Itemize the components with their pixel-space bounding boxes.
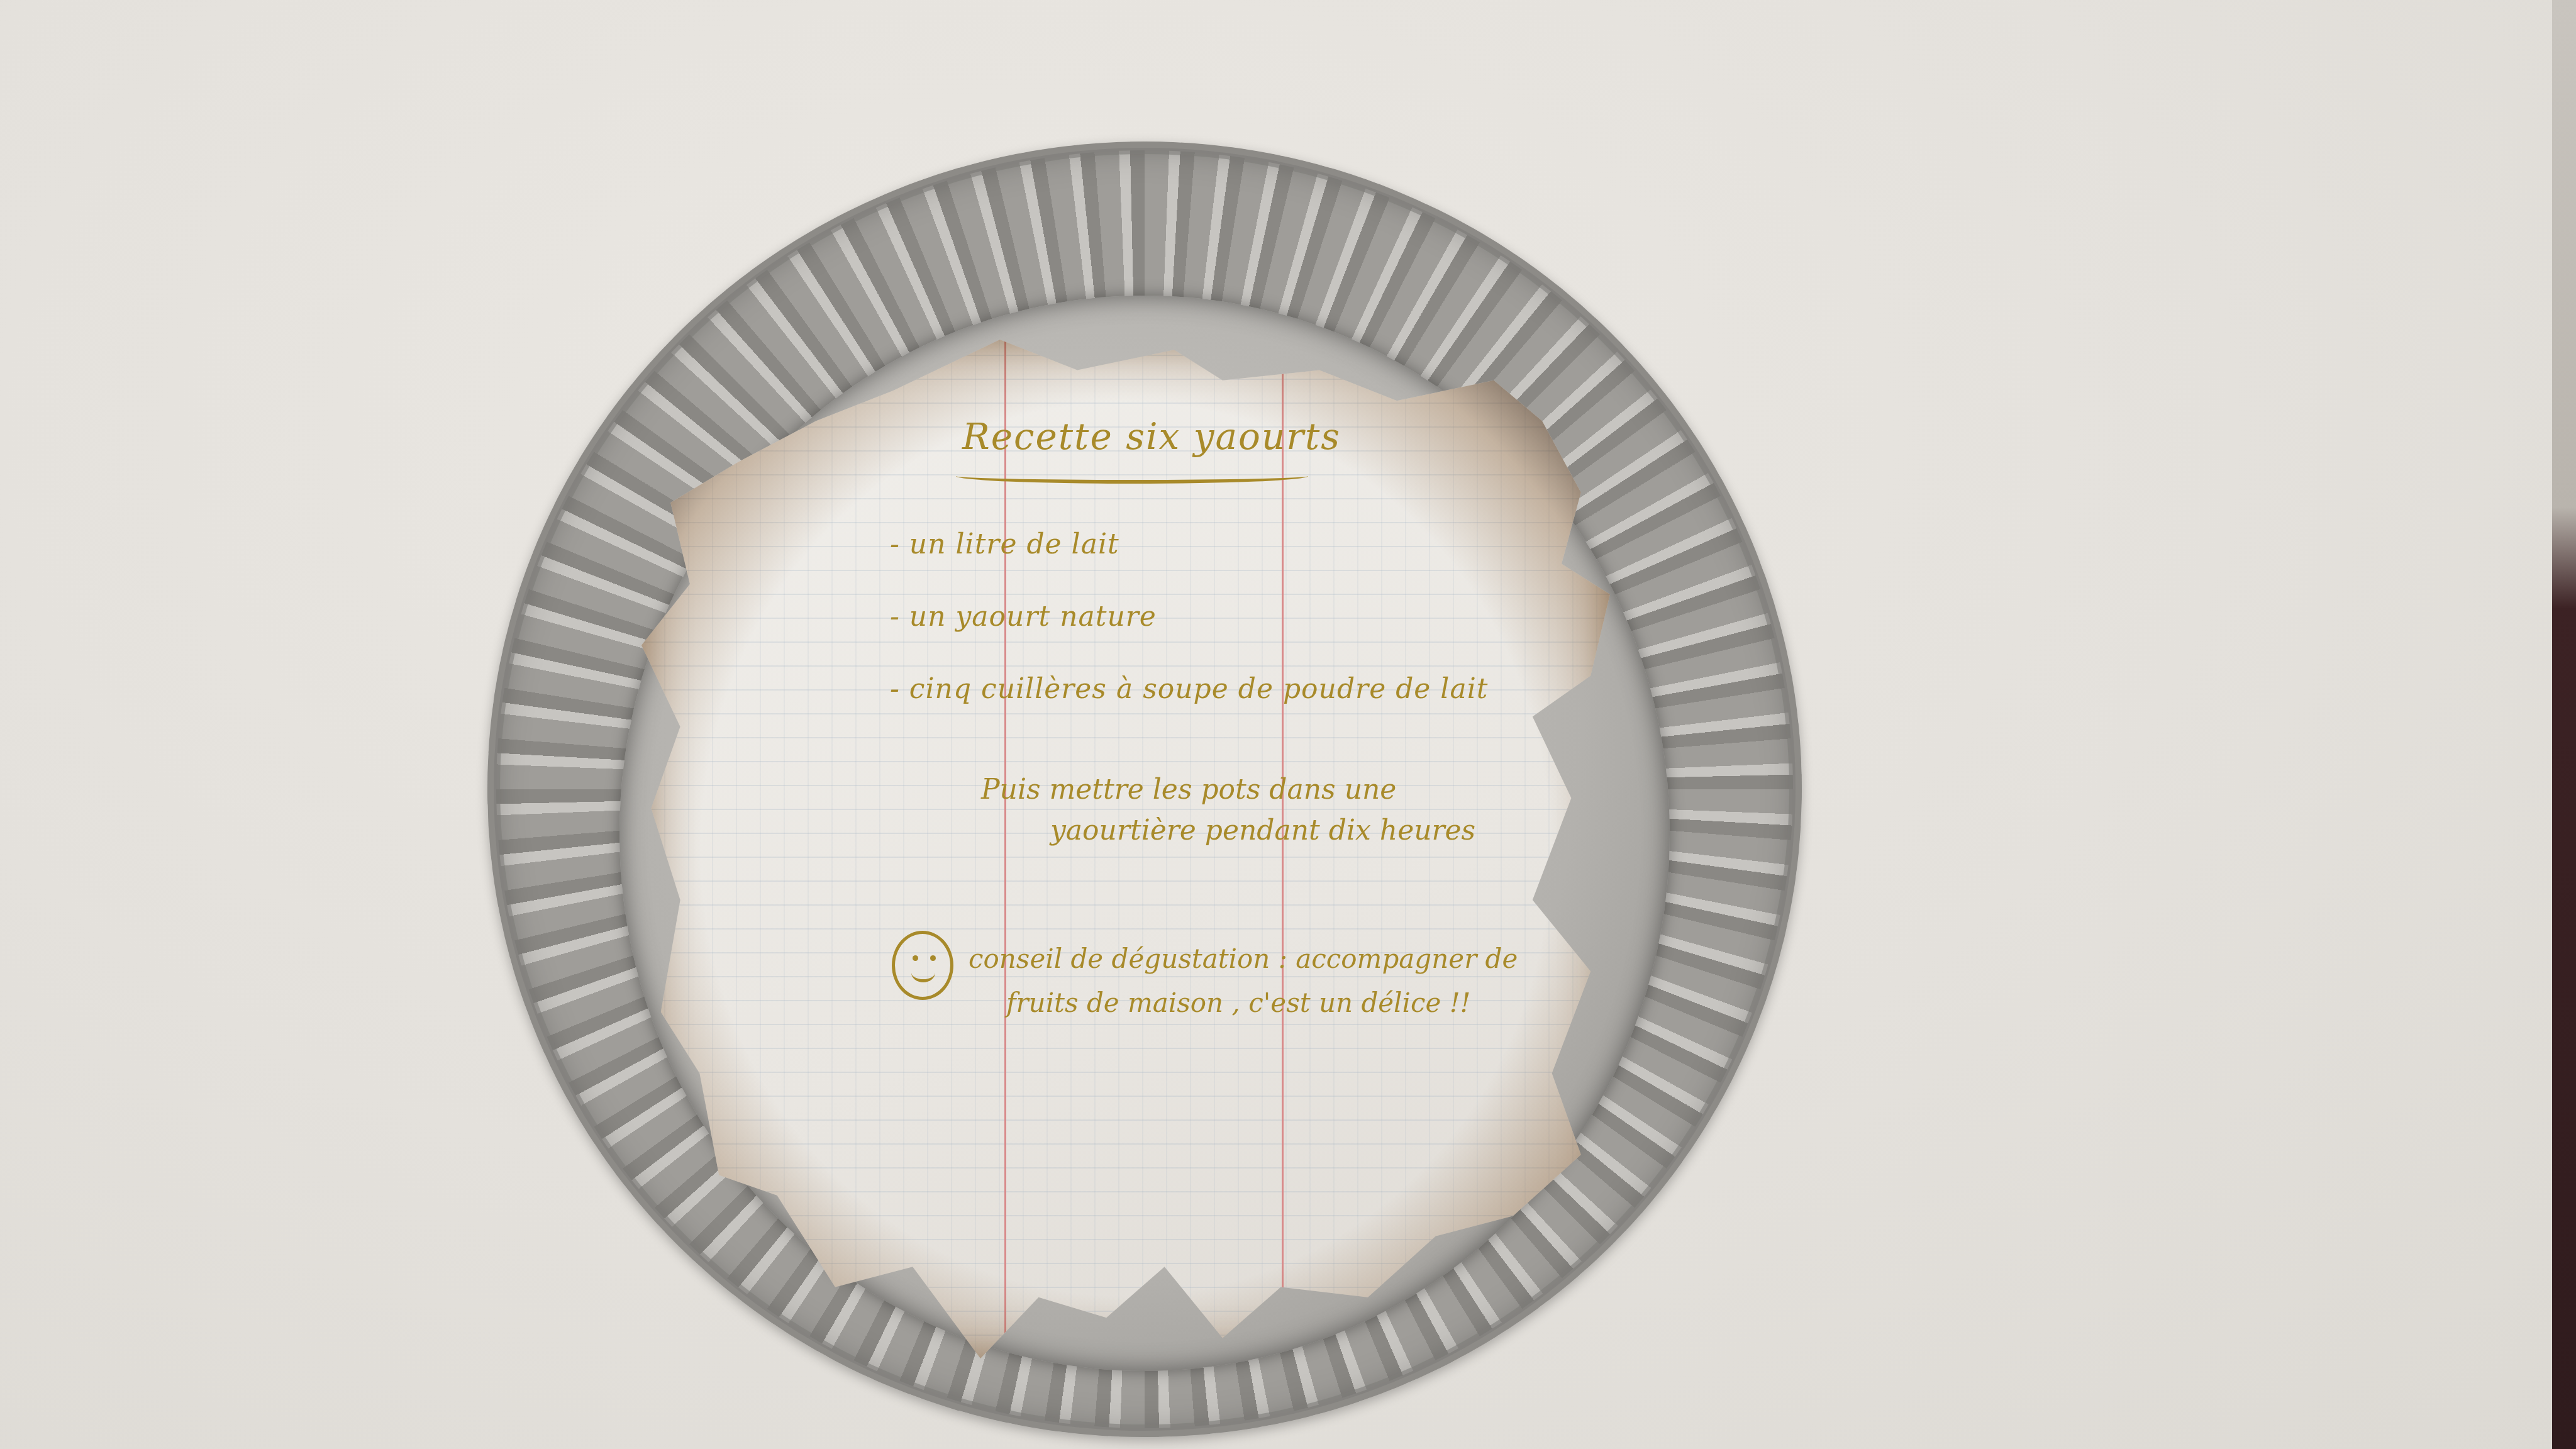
burnt-recipe-paper: Recette six yaourts - un litre de lait -… [641,340,1610,1358]
instruction-line: Puis mettre les pots dans une [981,774,1396,806]
smiley-mouth [911,963,935,982]
tasting-tip-line: conseil de dégustation : accompagner de [969,943,1518,974]
smiley-eye [930,955,936,961]
smiley-eye [913,955,918,961]
tasting-tip-line: fruits de maison , c'est un délice !! [1006,987,1470,1018]
burnt-edges [641,340,1610,1358]
ingredient-item: - un litre de lait [890,528,1119,560]
ingredient-item: - un yaourt nature [890,601,1157,633]
smiley-face-icon [892,931,953,1000]
ingredient-item: - cinq cuillères à soupe de poudre de la… [890,673,1488,705]
title-underline [956,469,1308,484]
photo-scene: Recette six yaourts - un litre de lait -… [0,0,2576,1449]
door-frame-edge [2552,0,2576,1449]
instruction-line: yaourtière pendant dix heures [1050,814,1475,847]
recipe-title: Recette six yaourts [962,415,1341,458]
